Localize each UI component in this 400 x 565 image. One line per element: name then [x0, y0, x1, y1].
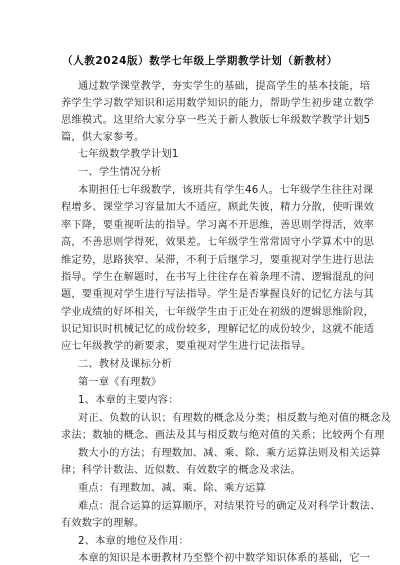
body-line: 重点：有理数加、减、乘、除、乘方运算 [78, 482, 360, 496]
body-line: 难点：混合运算的运算顺序，对结果符号的确定及对科学计数法、 [78, 500, 360, 514]
body-line: 数大小的方法；有理数加、减、乘、除、乘方运算法则及相关运算 [78, 447, 360, 461]
body-line: 二、教材及课标分析 [78, 358, 360, 372]
body-line: 率下降，要重视听法的指导。学习离不开思维，善思则学得活，效率 [61, 219, 343, 233]
body-line: 2、本章的地位及作用： [78, 535, 360, 549]
body-line: 七年级数学教学计划1 [78, 148, 360, 162]
document-title: （人教2024版）数学七年级上学期教学计划（新教材） [0, 53, 400, 68]
body-line: 应七年级教学的新要求，要重视对学生进行记法指导。 [61, 340, 343, 354]
body-line: 高，不善思则学得死，效果差。七年级学生常常固守小学算术中的思 [61, 236, 343, 250]
body-line: 1、本章的主要内容： [78, 394, 360, 408]
body-line: 对正、负数的认识；有理数的概念及分类；相反数与绝对值的概念及 [78, 412, 360, 426]
body-line: 通过数学课堂教学，夯实学生的基础，提高学生的基本技能，培 [78, 80, 360, 94]
body-line: 律；科学计数法、近似数、有效数字的概念及求法。 [61, 464, 343, 478]
body-line: 一、学生情况分析 [78, 166, 360, 180]
body-line: 第一章《有理数》 [78, 376, 360, 390]
body-line: 思维模式。这里给大家分享一些关于新人教版七年级数学教学计划5 [61, 114, 343, 128]
document-page: （人教2024版）数学七年级上学期教学计划（新教材） 通过数学课堂教学，夯实学生… [0, 0, 400, 565]
body-line: 有效数字的理解。 [61, 517, 343, 531]
body-line: 养学生学习数学知识和运用数学知识的能力，帮助学生初步建立数学 [61, 97, 343, 111]
body-line: 学业成绩的好坏相关，七年级学生由于正处在初级的逻辑思维阶段， [61, 306, 343, 320]
body-line: 求法；数轴的概念、画法及其与相反数与绝对值的关系；比较两个有理 [61, 429, 343, 443]
body-line: 指导。学生在解题时，在书写上往往存在着条理不清、逻辑混乱的问 [61, 271, 343, 285]
body-line: 识记知识时机械记忆的成份较多，理解记忆的成份较少，这就不能适 [61, 323, 343, 337]
body-line: 本章的知识是本册教材乃至整个初中数学知识体系的基础，它一 [78, 552, 360, 565]
body-line: 程增多、课堂学习容量加大不适应，顾此失彼，精力分散，使听课效 [61, 201, 343, 215]
body-line: 篇，供大家参考。 [61, 131, 343, 145]
body-line: 维定势，思路狭窄、呆滞，不利于后继学习，要重视对学生进行思法 [61, 254, 343, 268]
body-line: 题，要重视对学生进行写法指导。学生是否掌握良好的记忆方法与其 [61, 288, 343, 302]
body-line: 本期担任七年级数学，该班共有学生46人。七年级学生往往对课 [78, 184, 360, 198]
